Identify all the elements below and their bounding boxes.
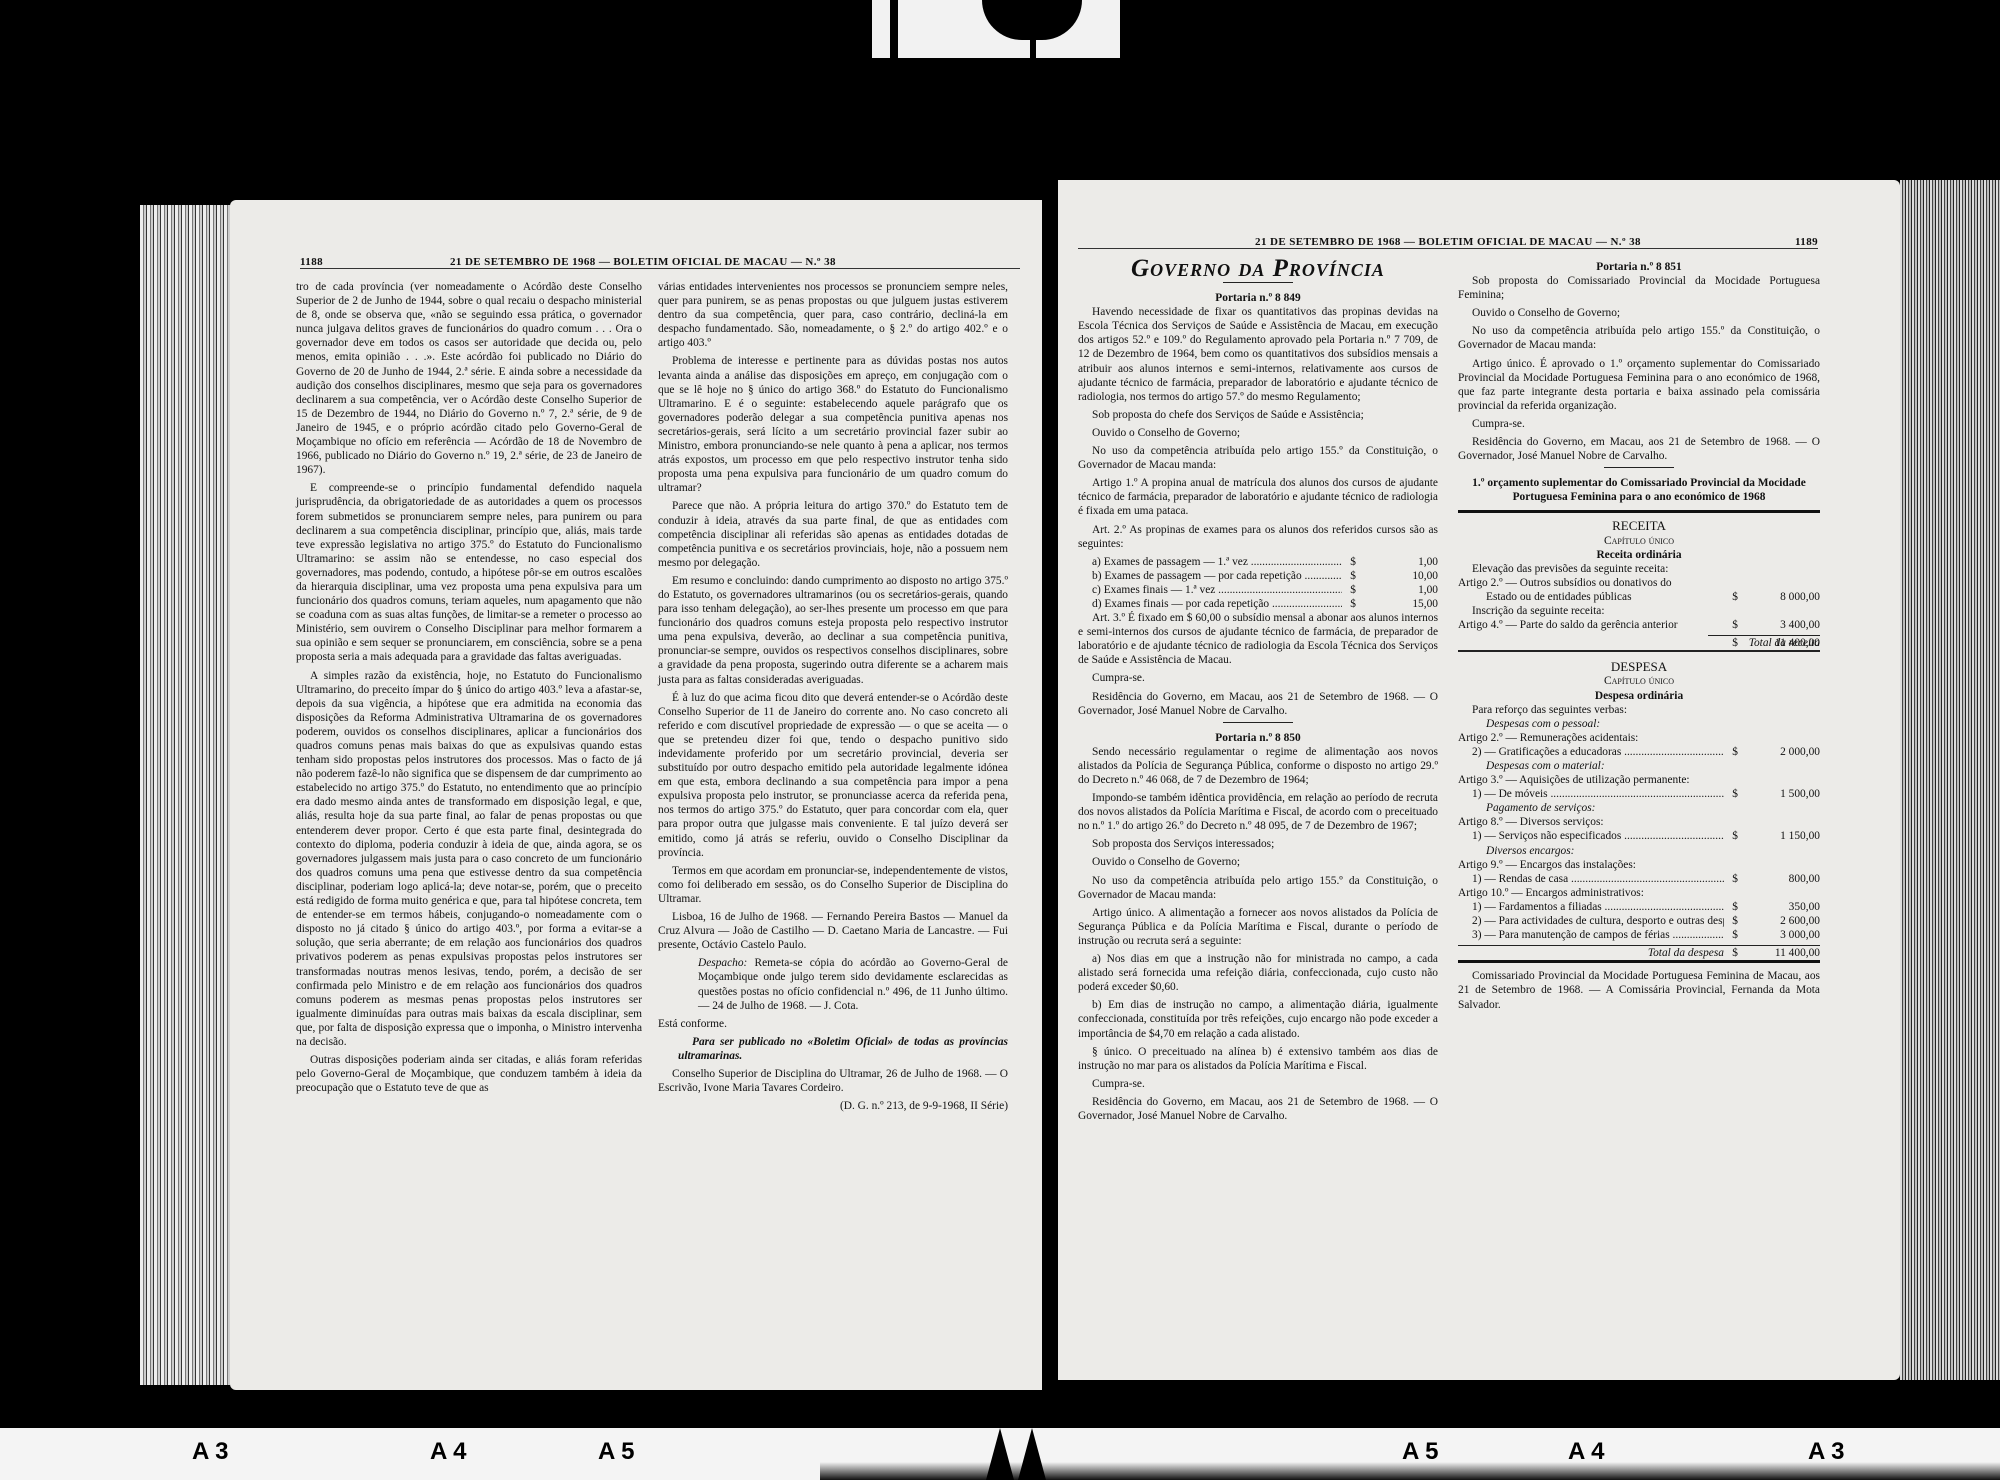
expense-group-label: Despesas com o material: [1458,759,1820,773]
currency: $ [1724,872,1738,886]
line-label: 1) — Serviços não especificados ........… [1472,829,1724,843]
paragraph: tro de cada província (ver nomeadamente … [296,280,642,477]
currency: $ [1724,787,1738,801]
paragraph: É à luz do que acima ficou dito que deve… [658,691,1008,860]
book-page-edges-left [140,205,230,1385]
line-label: a) Exames de passagem — 1.ª vez ........… [1092,555,1342,569]
currency: $ [1724,636,1738,650]
line-label: 1) — De móveis .........................… [1472,787,1724,801]
paragraph: Sob proposta dos Serviços interessados; [1078,837,1438,851]
despesa-subheading: Despesa ordinária [1458,689,1820,703]
currency: $ [1724,590,1738,604]
amount: 1 150,00 [1738,829,1820,843]
divider [1223,282,1293,283]
paragraph: § único. O preceituado na alínea b) é ex… [1078,1045,1438,1073]
paragraph: Ouvido o Conselho de Governo; [1078,855,1438,869]
amount-row: 1) — De móveis .........................… [1458,787,1820,801]
amount: 11 400,00 [1738,636,1820,650]
amount: 2 600,00 [1738,914,1820,928]
line-label: d) Exames finais — por cada repetição ..… [1092,597,1342,611]
paragraph: Outras disposições poderiam ainda ser ci… [296,1053,642,1095]
receita-intro: Elevação das previsões da seguinte recei… [1458,562,1820,576]
paragraph: Cumpra-se. [1078,671,1438,685]
right-running-head: 21 DE SETEMBRO DE 1968 — BOLETIM OFICIAL… [1078,236,1818,249]
expense-group-label: Diversos encargos: [1458,844,1820,858]
paragraph: Em resumo e concluindo: dando cumpriment… [658,574,1008,687]
amount-row: 3) — Para manutenção de campos de férias… [1458,928,1820,942]
paragraph: Sob proposta do Comissariado Provincial … [1458,274,1820,302]
amount: 11 400,00 [1738,946,1820,960]
despesa-total-row: Total da despesa $ 11 400,00 [1458,945,1820,963]
target-blob-icon [982,0,1082,40]
signature: Residência do Governo, em Macau, aos 21 … [1078,1095,1438,1123]
esta-conforme: Está conforme. [658,1017,1008,1031]
amount-row: 1) — Serviços não especificados ........… [1458,829,1820,843]
amount: 1 500,00 [1738,787,1820,801]
line-label: 2) — Gratificações a educadoras ........… [1472,745,1724,759]
budget-closing: Comissariado Provincial da Mocidade Port… [1458,969,1820,1011]
running-head-text: 21 DE SETEMBRO DE 1968 — BOLETIM OFICIAL… [450,256,836,268]
film-mark: A 5 [1402,1438,1438,1466]
despacho-label: Despacho: [698,957,747,969]
receita-intro: Inscrição da seguinte receita: [1458,604,1820,618]
expense-group-label: Pagamento de serviços: [1458,801,1820,815]
receita-subheading: Receita ordinária [1458,548,1820,562]
amount-row: d) Exames finais — por cada repetição ..… [1092,597,1438,611]
expense-article: Artigo 2.º — Remunerações acidentais: [1458,731,1820,745]
book-page-edges-right [1900,180,2000,1380]
expense-article: Artigo 10.º — Encargos administrativos: [1458,886,1820,900]
paragraph: Parece que não. A própria leitura do art… [658,499,1008,569]
despesa-table: Despesas com o pessoal:Artigo 2.º — Remu… [1458,717,1820,943]
amount-row: a) Exames de passagem — 1.ª vez ........… [1092,555,1438,569]
paragraph: E compreende-se o princípio fundamental … [296,481,642,664]
currency: $ [1724,946,1738,960]
left-page: 1188 21 DE SETEMBRO DE 1968 — BOLETIM OF… [230,200,1042,1390]
despesa-heading: DESPESA [1458,660,1820,674]
total-label: Total da despesa [1458,946,1724,960]
section-title: Governo da Província [1078,262,1438,276]
currency: $ [1724,745,1738,759]
paragraph: Problema de interesse e pertinente para … [658,354,1008,495]
receita-item-label: Artigo 4.º — Parte do saldo da gerência … [1458,618,1724,632]
publish-note: Para ser publicado no «Boletim Oficial» … [658,1035,1008,1063]
portaria-8850-body: Sendo necessário regulamentar o regime d… [1078,745,1438,1073]
receita-item-label: Estado ou de entidades públicas [1486,590,1724,604]
amount: 3 400,00 [1738,618,1820,632]
page-number: 1188 [300,256,323,268]
portaria-title: Portaria n.º 8 850 [1078,731,1438,745]
paragraph: Termos em que acordam em pronunciar-se, … [658,864,1008,906]
paragraph: Sob proposta do chefe dos Serviços de Sa… [1078,408,1438,422]
source-reference: (D. G. n.º 213, de 9-9-1968, II Série) [658,1099,1008,1113]
paragraph: Ouvido o Conselho de Governo; [1458,306,1820,320]
amount-row: 2) — Gratificações a educadoras ........… [1458,745,1820,759]
film-registration-mark [1018,1428,1046,1480]
page-number: 1189 [1795,236,1818,248]
currency: $ [1342,569,1356,583]
line-label: 1) — Rendas de casa ....................… [1472,872,1724,886]
paragraph: Artigo único. A alimentação a fornecer a… [1078,906,1438,948]
portaria-title: Portaria n.º 8 851 [1458,260,1820,274]
divider [1458,510,1820,513]
amount: 2 000,00 [1738,745,1820,759]
amount-row: b) Exames de passagem — por cada repetiç… [1092,569,1438,583]
receita-heading: RECEITA [1458,519,1820,533]
escrivao-signature: Conselho Superior de Disciplina do Ultra… [658,1067,1008,1095]
paragraph: várias entidades intervenientes nos proc… [658,280,1008,350]
despesa-intro: Para reforço das seguintes verbas: [1458,703,1820,717]
currency: $ [1724,914,1738,928]
amount: 350,00 [1738,900,1820,914]
paragraph: Cumpra-se. [1078,1077,1438,1091]
right-page: 21 DE SETEMBRO DE 1968 — BOLETIM OFICIAL… [1058,180,1900,1380]
paragraph: Sendo necessário regulamentar o regime d… [1078,745,1438,787]
currency: $ [1342,597,1356,611]
paragraph: Artigo 1.º A propina anual de matrícula … [1078,476,1438,518]
line-label: 2) — Para actividades de cultura, despor… [1472,914,1724,928]
paragraph: Impondo-se também idêntica providência, … [1078,791,1438,833]
despesa-chapter: Capítulo único [1458,674,1820,688]
film-mark: A 3 [192,1438,228,1466]
paragraph: No uso da competência atribuída pelo art… [1458,324,1820,352]
line-label: 1) — Fardamentos a filiadas ............… [1472,900,1724,914]
paragraph: No uso da competência atribuída pelo art… [1078,444,1438,472]
currency: $ [1724,900,1738,914]
film-registration-mark [986,1428,1014,1480]
amount: 800,00 [1738,872,1820,886]
divider [1604,467,1674,468]
amount-row: 2) — Para actividades de cultura, despor… [1458,914,1820,928]
amount: 15,00 [1356,597,1438,611]
left-column-2: várias entidades intervenientes nos proc… [658,280,1008,1117]
divider [1223,722,1293,723]
paragraph: A simples razão da existência, hoje, no … [296,669,642,1050]
amount-row: c) Exames finais — 1.ª vez .............… [1092,583,1438,597]
paragraph: Art. 2.º As propinas de exames para os a… [1078,523,1438,551]
signature-lisboa: Lisboa, 16 de Julho de 1968. — Fernando … [658,910,1008,952]
budget-title: 1.º orçamento suplementar do Comissariad… [1458,476,1820,504]
left-running-head: 1188 21 DE SETEMBRO DE 1968 — BOLETIM OF… [300,256,1020,269]
signature: Residência do Governo, em Macau, aos 21 … [1458,435,1820,463]
amount-row: 1) — Fardamentos a filiadas ............… [1458,900,1820,914]
currency: $ [1724,829,1738,843]
paragraph: a) Nos dias em que a instrução não for m… [1078,952,1438,994]
running-head-text: 21 DE SETEMBRO DE 1968 — BOLETIM OFICIAL… [1255,236,1641,248]
right-column-1: Governo da Província Portaria n.º 8 849 … [1078,260,1438,1127]
paragraph: Artigo único. É aprovado o 1.º orçamento… [1458,357,1820,413]
receita-total-values: $ 11 400,00 [1458,636,1820,652]
expense-article: Artigo 3.º — Aquisições de utilização pe… [1458,773,1820,787]
line-label: c) Exames finais — 1.ª vez .............… [1092,583,1342,597]
film-mark: A 3 [1808,1438,1844,1466]
receita-item-label: Artigo 2.º — Outros subsídios ou donativ… [1458,576,1820,590]
paragraph: Havendo necessidade de fixar os quantita… [1078,305,1438,404]
receita-item-row: Estado ou de entidades públicas $ 8 000,… [1458,590,1820,604]
paragraph: Cumpra-se. [1458,417,1820,431]
paragraph: Art. 3.º É fixado em $ 60,00 o subsídio … [1078,611,1438,667]
exam-fees-list: a) Exames de passagem — 1.ª vez ........… [1078,555,1438,611]
currency: $ [1724,928,1738,942]
line-label: b) Exames de passagem — por cada repetiç… [1092,569,1342,583]
currency: $ [1342,555,1356,569]
film-mark: A 4 [430,1438,466,1466]
microfilm-edge-strip: A 3 A 4 A 5 A 5 A 4 A 3 [0,1428,2000,1480]
amount: 3 000,00 [1738,928,1820,942]
amount: 1,00 [1356,555,1438,569]
portaria-8851-body: Sob proposta do Comissariado Provincial … [1458,274,1820,413]
line-label: 3) — Para manutenção de campos de férias… [1472,928,1724,942]
film-mark: A 5 [598,1438,634,1466]
expense-article: Artigo 9.º — Encargos das instalações: [1458,858,1820,872]
signature: Residência do Governo, em Macau, aos 21 … [1078,690,1438,718]
expense-group-label: Despesas com o pessoal: [1458,717,1820,731]
microfilm-top-target [872,0,1128,58]
left-column-1: tro de cada província (ver nomeadamente … [296,280,642,1099]
currency: $ [1724,618,1738,632]
paragraph: No uso da competência atribuída pelo art… [1078,874,1438,902]
receita-chapter: Capítulo único [1458,534,1820,548]
target-stem [1030,36,1036,58]
portaria-title: Portaria n.º 8 849 [1078,291,1438,305]
paragraph: b) Em dias de instrução no campo, a alim… [1078,998,1438,1040]
amount-row: 1) — Rendas de casa ....................… [1458,872,1820,886]
expense-article: Artigo 8.º — Diversos serviços: [1458,815,1820,829]
target-bar [890,0,898,58]
paragraph: Ouvido o Conselho de Governo; [1078,426,1438,440]
currency: $ [1342,583,1356,597]
film-mark: A 4 [1568,1438,1604,1466]
amount: 10,00 [1356,569,1438,583]
target-bar [1120,0,1128,58]
receita-item-row: Artigo 4.º — Parte do saldo da gerência … [1458,618,1820,632]
amount: 1,00 [1356,583,1438,597]
right-column-2: Portaria n.º 8 851 Sob proposta do Comis… [1458,260,1820,1016]
amount: 8 000,00 [1738,590,1820,604]
